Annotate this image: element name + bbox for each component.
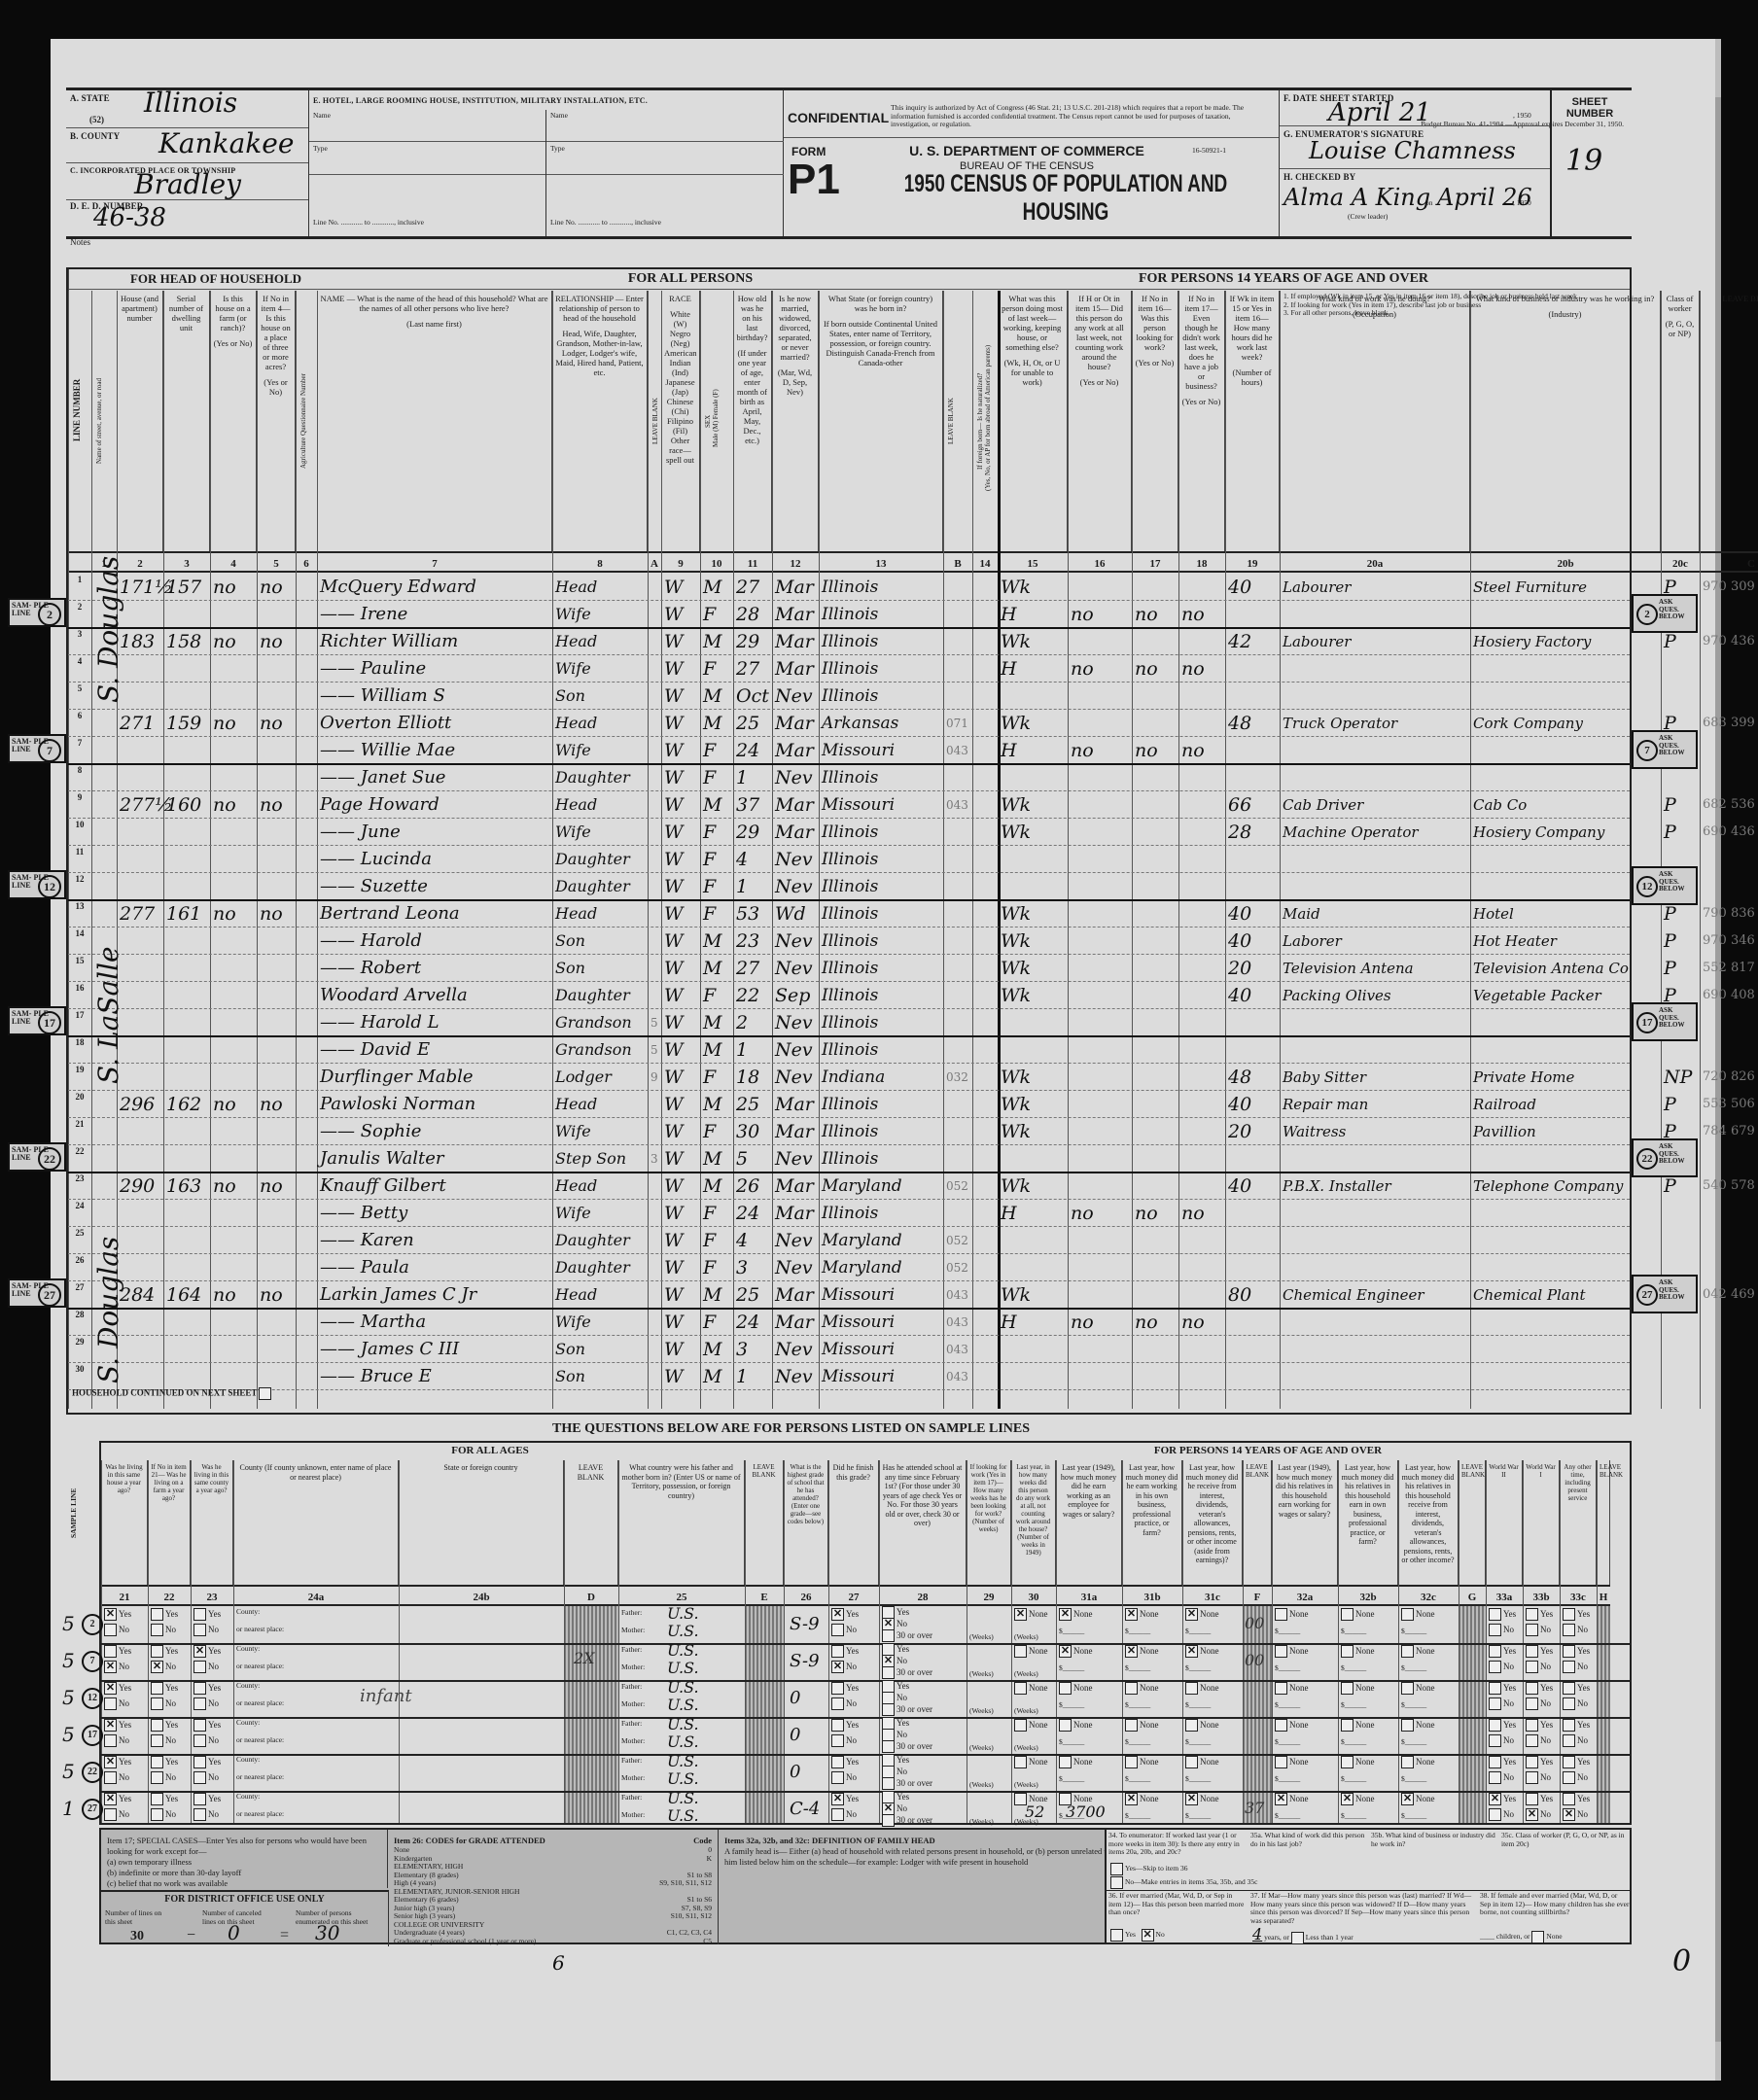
q21-yes[interactable]: ✕Yes	[104, 1682, 131, 1695]
option-label: None	[1140, 1683, 1159, 1693]
q33a-no[interactable]: No	[1489, 1624, 1514, 1636]
q23-no[interactable]: No	[193, 1771, 219, 1784]
sample-column-header-26: What is the highest grade of school that…	[784, 1460, 828, 1585]
checkbox[interactable]	[1125, 1719, 1138, 1732]
q33c-yes[interactable]: Yes	[1563, 1682, 1590, 1695]
checkbox[interactable]: ✕	[1014, 1608, 1027, 1621]
q32b-none[interactable]: None	[1341, 1608, 1375, 1621]
q21-no[interactable]: No	[104, 1808, 129, 1821]
q21-no[interactable]: No	[104, 1771, 129, 1784]
q32c-none[interactable]: None	[1401, 1719, 1435, 1732]
q21-no[interactable]: No	[104, 1624, 129, 1636]
checkbox[interactable]	[831, 1719, 844, 1732]
cell-activity: Wk	[1001, 1172, 1067, 1199]
checkbox[interactable]	[831, 1808, 844, 1821]
checkbox[interactable]	[1059, 1756, 1072, 1768]
checkbox[interactable]: ✕	[151, 1661, 163, 1673]
checkbox[interactable]	[104, 1624, 117, 1636]
q33c-yes[interactable]: Yes	[1563, 1608, 1590, 1621]
checkbox[interactable]: ✕	[104, 1661, 117, 1673]
cell-code	[650, 1172, 660, 1199]
q33a-no[interactable]: No	[1489, 1661, 1514, 1673]
q31a-none[interactable]: None	[1059, 1756, 1093, 1768]
cell-birthplace: Illinois	[822, 763, 942, 790]
checkbox[interactable]	[882, 1740, 895, 1753]
q22-no[interactable]: No	[151, 1624, 176, 1636]
q32a-none[interactable]: ✕None	[1275, 1793, 1309, 1805]
q30-none[interactable]: None	[1014, 1756, 1048, 1768]
checkbox[interactable]	[193, 1697, 206, 1710]
q23-no[interactable]: No	[193, 1661, 219, 1673]
q23-no[interactable]: No	[193, 1808, 219, 1821]
checkbox[interactable]	[1563, 1645, 1575, 1658]
checkbox[interactable]: ✕	[831, 1661, 844, 1673]
q31a-none[interactable]: None	[1059, 1719, 1093, 1732]
checkbox[interactable]	[1401, 1756, 1414, 1768]
q23-yes[interactable]: Yes	[193, 1682, 221, 1695]
checkbox[interactable]	[1275, 1719, 1287, 1732]
q36-no-checkbox[interactable]: ✕	[1142, 1929, 1154, 1942]
q33c-yes[interactable]: Yes	[1563, 1793, 1590, 1805]
q22-yes[interactable]: Yes	[151, 1645, 178, 1658]
q33c-yes[interactable]: Yes	[1563, 1756, 1590, 1768]
q21-yes[interactable]: Yes	[104, 1645, 131, 1658]
checkbox[interactable]	[1275, 1756, 1287, 1768]
cell-birthplace: Illinois	[822, 600, 942, 627]
q32b-none[interactable]: None	[1341, 1719, 1375, 1732]
q30-none[interactable]: None	[1014, 1645, 1048, 1658]
q37-less-checkbox[interactable]	[1291, 1932, 1304, 1944]
checkbox[interactable]	[151, 1624, 163, 1636]
checkbox[interactable]	[193, 1793, 206, 1805]
q32b-none[interactable]: ✕None	[1341, 1793, 1375, 1805]
checkbox[interactable]	[1489, 1734, 1501, 1747]
checkbox[interactable]	[151, 1682, 163, 1695]
checkbox[interactable]	[831, 1756, 844, 1768]
cell-q18	[1181, 1280, 1224, 1308]
checkbox[interactable]	[831, 1682, 844, 1695]
checkbox[interactable]	[193, 1608, 206, 1621]
finished-no[interactable]: No	[831, 1808, 857, 1821]
q33b-yes[interactable]: Yes	[1526, 1645, 1553, 1658]
q33c-no[interactable]: No	[1563, 1771, 1588, 1784]
q22-no[interactable]: ✕No	[151, 1661, 176, 1673]
finished-no[interactable]: No	[831, 1734, 857, 1747]
q23-yes[interactable]: Yes	[193, 1608, 221, 1621]
q32b-none[interactable]: None	[1341, 1645, 1375, 1658]
leave-f-value: 00	[1245, 1614, 1264, 1632]
checkbox[interactable]	[831, 1624, 844, 1636]
checkbox[interactable]	[882, 1814, 895, 1827]
checkbox[interactable]: ✕	[831, 1793, 844, 1805]
q34-yes-checkbox[interactable]	[1110, 1863, 1123, 1875]
checkbox[interactable]: ✕	[1059, 1645, 1072, 1658]
checkbox[interactable]	[1341, 1719, 1354, 1732]
finished-no[interactable]: No	[831, 1624, 857, 1636]
q31b-none[interactable]: ✕None	[1125, 1645, 1159, 1658]
checkbox[interactable]	[1059, 1719, 1072, 1732]
q21-no[interactable]: ✕No	[104, 1661, 129, 1673]
q22-no[interactable]: No	[151, 1808, 176, 1821]
q33a-yes[interactable]: Yes	[1489, 1756, 1516, 1768]
checkbox[interactable]: ✕	[1275, 1793, 1287, 1805]
q33a-yes[interactable]: ✕Yes	[1489, 1793, 1516, 1805]
checkbox[interactable]	[193, 1771, 206, 1784]
q33b-yes[interactable]: Yes	[1526, 1682, 1553, 1695]
checkbox[interactable]	[1489, 1808, 1501, 1821]
checkbox[interactable]: ✕	[1185, 1645, 1198, 1658]
q33a-yes[interactable]: Yes	[1489, 1719, 1516, 1732]
q21-yes[interactable]: ✕Yes	[104, 1756, 131, 1768]
checkbox[interactable]	[193, 1756, 206, 1768]
dollar-line: $______	[1401, 1664, 1426, 1673]
checkbox[interactable]	[193, 1624, 206, 1636]
q31a-none[interactable]: ✕None	[1059, 1645, 1093, 1658]
q31b-none[interactable]: None	[1125, 1756, 1159, 1768]
finished-yes[interactable]: Yes	[831, 1645, 859, 1658]
cell-q16	[1071, 981, 1131, 1008]
checkbox[interactable]	[1489, 1682, 1501, 1695]
checkbox[interactable]: ✕	[1341, 1793, 1354, 1805]
checkbox[interactable]	[1526, 1624, 1538, 1636]
checkbox[interactable]	[831, 1771, 844, 1784]
q31a-none[interactable]: None	[1059, 1682, 1093, 1695]
q31b-none[interactable]: None	[1125, 1719, 1159, 1732]
checkbox[interactable]	[193, 1808, 206, 1821]
q33c-no[interactable]: ✕No	[1563, 1808, 1588, 1821]
attended-30-over[interactable]: 30 or over	[882, 1740, 932, 1753]
checkbox[interactable]	[1489, 1661, 1501, 1673]
q22-no[interactable]: No	[151, 1697, 176, 1710]
checkbox[interactable]: ✕	[1401, 1793, 1414, 1805]
q21-no[interactable]: No	[104, 1697, 129, 1710]
checkbox[interactable]	[1563, 1682, 1575, 1695]
cell-hours: 48	[1228, 709, 1279, 736]
q23-yes[interactable]: ✕Yes	[193, 1645, 221, 1658]
q23-no[interactable]: No	[193, 1697, 219, 1710]
checkbox[interactable]	[1275, 1682, 1287, 1695]
checkbox[interactable]: ✕	[1059, 1608, 1072, 1621]
checkbox[interactable]	[104, 1771, 117, 1784]
checkbox[interactable]	[1341, 1645, 1354, 1658]
cell-hours	[1228, 1008, 1279, 1035]
line-number: 26	[68, 1255, 91, 1265]
q33b-no[interactable]: ✕No	[1526, 1808, 1551, 1821]
q33a-yes[interactable]: Yes	[1489, 1682, 1516, 1695]
checkbox[interactable]	[151, 1808, 163, 1821]
checkbox[interactable]: ✕	[104, 1719, 117, 1732]
household-continued-checkbox[interactable]	[259, 1387, 271, 1400]
q34-no-checkbox[interactable]	[1110, 1876, 1123, 1889]
person-row: 2828—— MarthaWifeWF24MarMissouri043Hnono…	[68, 1308, 1630, 1336]
q22-no[interactable]: No	[151, 1771, 176, 1784]
q32c-none[interactable]: None	[1401, 1756, 1435, 1768]
checkbox[interactable]	[1563, 1697, 1575, 1710]
q32a-none[interactable]: None	[1275, 1682, 1309, 1695]
q33b-yes[interactable]: Yes	[1526, 1793, 1553, 1805]
nearest-place-label: or nearest place:	[236, 1810, 284, 1819]
checkbox[interactable]	[1563, 1661, 1575, 1673]
q30-none[interactable]: None	[1014, 1682, 1048, 1695]
checkbox[interactable]	[104, 1697, 117, 1710]
checkbox[interactable]	[193, 1682, 206, 1695]
q23-yes[interactable]: Yes	[193, 1756, 221, 1768]
checkbox[interactable]	[151, 1756, 163, 1768]
finished-no[interactable]: No	[831, 1771, 857, 1784]
q33b-no[interactable]: No	[1526, 1697, 1551, 1710]
q31c-none[interactable]: ✕None	[1185, 1608, 1219, 1621]
checkbox[interactable]	[1014, 1645, 1027, 1658]
q32c-none[interactable]: ✕None	[1401, 1793, 1435, 1805]
finished-yes[interactable]: ✕Yes	[831, 1793, 859, 1805]
q23-no[interactable]: No	[193, 1734, 219, 1747]
q33a-yes[interactable]: Yes	[1489, 1645, 1516, 1658]
checkbox[interactable]	[1401, 1719, 1414, 1732]
checkbox[interactable]	[1341, 1682, 1354, 1695]
q21-yes[interactable]: ✕Yes	[104, 1608, 131, 1621]
checkbox[interactable]	[1489, 1756, 1501, 1768]
mother-birthplace: U.S.	[667, 1769, 699, 1788]
cell-q17	[1135, 709, 1178, 736]
checkbox[interactable]	[1563, 1608, 1575, 1621]
checkbox[interactable]	[1014, 1719, 1027, 1732]
checkbox[interactable]	[1014, 1756, 1027, 1768]
checkbox[interactable]	[1185, 1682, 1198, 1695]
cell-name: —— Harold L	[320, 1008, 551, 1035]
checkbox[interactable]	[1401, 1682, 1414, 1695]
cell-house: 171½	[120, 573, 162, 600]
checkbox[interactable]	[1014, 1682, 1027, 1695]
checkbox[interactable]	[1563, 1719, 1575, 1732]
checkbox[interactable]	[193, 1734, 206, 1747]
checkbox[interactable]	[882, 1666, 895, 1679]
attended-30-over[interactable]: 30 or over	[882, 1666, 932, 1679]
q33c-yes[interactable]: Yes	[1563, 1645, 1590, 1658]
q31c-none[interactable]: ✕None	[1185, 1793, 1219, 1805]
q21-no[interactable]: No	[104, 1734, 129, 1747]
checkbox[interactable]: ✕	[1185, 1608, 1198, 1621]
attended-30-over[interactable]: 30 or over	[882, 1777, 932, 1790]
checkbox[interactable]	[1185, 1756, 1198, 1768]
checkbox[interactable]	[151, 1734, 163, 1747]
checkbox[interactable]: ✕	[104, 1682, 117, 1695]
attended-30-over[interactable]: 30 or over	[882, 1703, 932, 1716]
finished-yes[interactable]: Yes	[831, 1682, 859, 1695]
checkbox[interactable]	[1275, 1608, 1287, 1621]
dollar-line: $______	[1059, 1627, 1084, 1636]
cell-farm	[213, 1063, 256, 1090]
q23-yes[interactable]: Yes	[193, 1793, 221, 1805]
checkbox[interactable]: ✕	[1563, 1808, 1575, 1821]
q21-yes[interactable]: ✕Yes	[104, 1793, 131, 1805]
checkbox[interactable]	[1489, 1719, 1501, 1732]
checkbox[interactable]	[1526, 1682, 1538, 1695]
q22-yes[interactable]: Yes	[151, 1608, 178, 1621]
q32c-none[interactable]: None	[1401, 1645, 1435, 1658]
checkbox[interactable]: ✕	[1185, 1793, 1198, 1805]
checkbox[interactable]	[1489, 1645, 1501, 1658]
cell-q18	[1181, 1335, 1224, 1362]
checkbox[interactable]	[1125, 1682, 1138, 1695]
dollar-line: $______	[1275, 1812, 1300, 1821]
q31c-none[interactable]: None	[1185, 1719, 1219, 1732]
q31c-none[interactable]: None	[1185, 1682, 1219, 1695]
checkbox[interactable]	[1526, 1756, 1538, 1768]
q23-yes[interactable]: Yes	[193, 1719, 221, 1732]
checkbox[interactable]	[1401, 1608, 1414, 1621]
checkbox[interactable]: ✕	[1125, 1793, 1138, 1805]
checkbox[interactable]	[151, 1645, 163, 1658]
q33c-yes[interactable]: Yes	[1563, 1719, 1590, 1732]
weeks-label: (Weeks)	[1014, 1781, 1038, 1790]
q31b-none[interactable]: None	[1125, 1682, 1159, 1695]
checkbox[interactable]	[1526, 1734, 1538, 1747]
q32b-none[interactable]: None	[1341, 1756, 1375, 1768]
checkbox[interactable]	[193, 1719, 206, 1732]
q33b-yes[interactable]: Yes	[1526, 1608, 1553, 1621]
q31b-none[interactable]: ✕None	[1125, 1608, 1159, 1621]
attended-30-over[interactable]: 30 or over	[882, 1814, 932, 1827]
q33b-no[interactable]: No	[1526, 1771, 1551, 1784]
q22-yes[interactable]: Yes	[151, 1719, 178, 1732]
cell-race: W	[664, 1117, 699, 1144]
q33c-no[interactable]: No	[1563, 1734, 1588, 1747]
checkbox[interactable]: ✕	[193, 1645, 206, 1658]
q32a-none[interactable]: None	[1275, 1719, 1309, 1732]
checkbox[interactable]	[882, 1703, 895, 1716]
checkbox[interactable]	[882, 1777, 895, 1790]
q33a-no[interactable]: No	[1489, 1771, 1514, 1784]
q22-no[interactable]: No	[151, 1734, 176, 1747]
checkbox[interactable]: ✕	[1125, 1608, 1138, 1621]
checkbox[interactable]	[151, 1771, 163, 1784]
q32c-none[interactable]: None	[1401, 1608, 1435, 1621]
checkbox[interactable]	[1526, 1719, 1538, 1732]
checkbox[interactable]: ✕	[1526, 1808, 1538, 1821]
checkbox[interactable]	[104, 1645, 117, 1658]
q21-yes[interactable]: ✕Yes	[104, 1719, 131, 1732]
checkbox[interactable]: ✕	[104, 1608, 117, 1621]
q30-none[interactable]: ✕None	[1014, 1608, 1048, 1621]
checkbox[interactable]	[1563, 1756, 1575, 1768]
checkbox[interactable]	[1526, 1771, 1538, 1784]
q22-yes[interactable]: Yes	[151, 1756, 178, 1768]
q33a-no[interactable]: No	[1489, 1697, 1514, 1710]
checkbox[interactable]	[104, 1808, 117, 1821]
checkbox[interactable]	[104, 1734, 117, 1747]
checkbox[interactable]	[1563, 1624, 1575, 1636]
checkbox[interactable]	[1489, 1624, 1501, 1636]
q32a-none[interactable]: None	[1275, 1645, 1309, 1658]
q31b-none[interactable]: ✕None	[1125, 1793, 1159, 1805]
checkbox[interactable]	[1401, 1645, 1414, 1658]
finished-no[interactable]: No	[831, 1697, 857, 1710]
q32c-none[interactable]: None	[1401, 1682, 1435, 1695]
checkbox[interactable]	[831, 1734, 844, 1747]
q32a-none[interactable]: None	[1275, 1756, 1309, 1768]
person-row: 2222Janulis WalterStep Son3WM5NevIllinoi…	[68, 1144, 1630, 1173]
q23-no[interactable]: No	[193, 1624, 219, 1636]
checkbox[interactable]	[1526, 1608, 1538, 1621]
checkbox[interactable]	[1275, 1645, 1287, 1658]
q33b-yes[interactable]: Yes	[1526, 1719, 1553, 1732]
checkbox[interactable]	[1125, 1756, 1138, 1768]
q32b-none[interactable]: None	[1341, 1682, 1375, 1695]
q33b-no[interactable]: No	[1526, 1734, 1551, 1747]
checkbox[interactable]	[151, 1719, 163, 1732]
checkbox[interactable]	[1341, 1756, 1354, 1768]
checkbox[interactable]	[1526, 1661, 1538, 1673]
checkbox[interactable]	[1526, 1697, 1538, 1710]
cell-farm	[213, 736, 256, 763]
cell-rel: Daughter	[555, 1253, 647, 1280]
checkbox[interactable]	[1341, 1608, 1354, 1621]
q33b-yes[interactable]: Yes	[1526, 1756, 1553, 1768]
checkbox[interactable]	[1489, 1771, 1501, 1784]
q33a-yes[interactable]: Yes	[1489, 1608, 1516, 1621]
q31c-none[interactable]: ✕None	[1185, 1645, 1219, 1658]
checkbox[interactable]	[151, 1793, 163, 1805]
checkbox[interactable]	[1526, 1793, 1538, 1805]
q33c-no[interactable]: No	[1563, 1624, 1588, 1636]
q22-yes[interactable]: Yes	[151, 1682, 178, 1695]
q33c-no[interactable]: No	[1563, 1661, 1588, 1673]
sample-column-number: 27	[828, 1585, 879, 1606]
checkbox[interactable]	[1185, 1719, 1198, 1732]
q30-none[interactable]: None	[1014, 1719, 1048, 1732]
checkbox[interactable]	[882, 1629, 895, 1642]
checkbox[interactable]	[1059, 1682, 1072, 1695]
q33b-no[interactable]: No	[1526, 1624, 1551, 1636]
checkbox[interactable]	[831, 1645, 844, 1658]
q36-yes-checkbox[interactable]	[1110, 1929, 1123, 1942]
checkbox[interactable]: ✕	[831, 1608, 844, 1621]
q33a-no[interactable]: No	[1489, 1808, 1514, 1821]
checkbox[interactable]	[1489, 1608, 1501, 1621]
checkbox[interactable]	[831, 1697, 844, 1710]
checkbox[interactable]: ✕	[104, 1756, 117, 1768]
q31a-none[interactable]: ✕None	[1059, 1608, 1093, 1621]
notes-label: Notes	[70, 237, 90, 247]
cell-ccode	[1703, 1253, 1758, 1280]
q33c-no[interactable]: No	[1563, 1697, 1588, 1710]
q32a-none[interactable]: None	[1275, 1608, 1309, 1621]
checkbox[interactable]	[193, 1661, 206, 1673]
checkbox[interactable]	[1563, 1734, 1575, 1747]
checkbox[interactable]	[151, 1697, 163, 1710]
sample-column-header-27: Did he finish this grade?	[828, 1460, 879, 1585]
q33b-no[interactable]: No	[1526, 1661, 1551, 1673]
finished-yes[interactable]: Yes	[831, 1756, 859, 1768]
finished-yes[interactable]: ✕Yes	[831, 1608, 859, 1621]
checkbox[interactable]	[151, 1608, 163, 1621]
cell-occupation	[1283, 1335, 1469, 1362]
checkbox[interactable]	[1526, 1645, 1538, 1658]
q31c-none[interactable]: None	[1185, 1756, 1219, 1768]
checkbox[interactable]	[1563, 1793, 1575, 1805]
checkbox[interactable]: ✕	[104, 1793, 117, 1805]
checkbox[interactable]	[1489, 1697, 1501, 1710]
finished-no[interactable]: ✕No	[831, 1661, 857, 1673]
checkbox[interactable]: ✕	[1125, 1645, 1138, 1658]
checkbox[interactable]: ✕	[1489, 1793, 1501, 1805]
finished-yes[interactable]: Yes	[831, 1719, 859, 1732]
checkbox[interactable]	[1563, 1771, 1575, 1784]
q38-none-checkbox[interactable]	[1531, 1931, 1544, 1943]
attended-30-over[interactable]: 30 or over	[882, 1629, 932, 1642]
q33a-no[interactable]: No	[1489, 1734, 1514, 1747]
q22-yes[interactable]: Yes	[151, 1793, 178, 1805]
